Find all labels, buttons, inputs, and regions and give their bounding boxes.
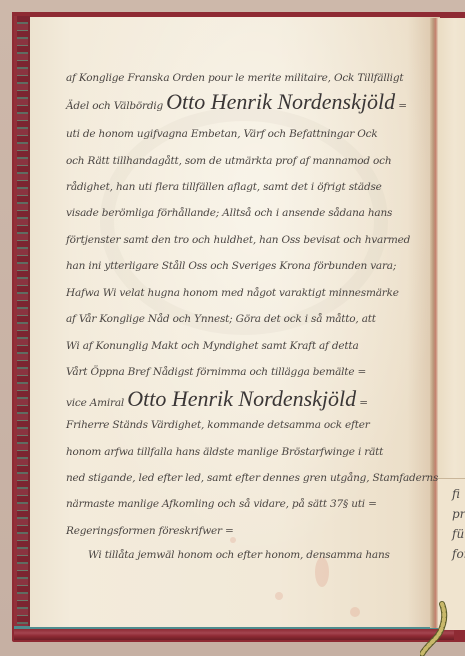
manuscript-line: förtjenster samt den tro och huldhet, ha…	[66, 234, 410, 246]
manuscript-line: Wi tillåta jemwäl honom och efter honom,…	[88, 549, 390, 561]
manuscript-line: af Vår Konglige Nåd och Ynnest; Göra det…	[66, 313, 376, 325]
manuscript-line: han ini ytterligare Ståll Oss och Sverig…	[66, 260, 396, 272]
manuscript-line: visade berömliga förhållande; Alltså och…	[66, 207, 392, 219]
manuscript-line-name: vice Amiral Otto Henrik Nordenskjöld =	[66, 386, 368, 412]
manuscript-line: och Rätt tillhandagått, som de utmärkta …	[66, 155, 391, 167]
manuscript-line: honom arfwa tillfalla hans äldste manlig…	[66, 446, 383, 458]
person-name: Otto Henrik Nordenskjöld	[127, 386, 356, 411]
cover-bottom-tooled-border	[14, 626, 454, 640]
foxing-stain	[350, 607, 360, 617]
line-filler: =	[359, 397, 368, 409]
manuscript-line: Hafwa Wi velat hugna honom med något var…	[66, 287, 399, 299]
paper-watermark	[100, 107, 388, 335]
manuscript-line: rådighet, han uti flera tillfällen aflag…	[66, 181, 382, 193]
line-filler: =	[398, 100, 407, 112]
page-gutter	[430, 18, 438, 628]
cover-left-tooled-border	[14, 16, 30, 638]
foxing-stain	[315, 557, 329, 587]
manuscript-line: Regeringsformen föreskrifwer =	[66, 525, 234, 537]
foxing-stain	[230, 537, 236, 543]
rank-title: vice Amiral	[66, 397, 124, 409]
adjacent-page-fragment: fü	[452, 524, 464, 544]
manuscript-line-name: Ädel och Välbördig Otto Henrik Nordenskj…	[66, 89, 407, 115]
adjacent-page-fragment: fi	[452, 484, 460, 504]
foxing-stain	[275, 592, 283, 600]
manuscript-line: Friherre Ständs Värdighet, kommande dets…	[66, 419, 370, 431]
honorific: Ädel och Välbördig	[66, 100, 163, 112]
manuscript-line: närmaste manlige Afkomling och så vidare…	[66, 498, 377, 510]
manuscript-line: ned stigande, led efter led, samt efter …	[66, 472, 438, 484]
manuscript-line: Wi af Konunglig Makt och Myndighet samt …	[66, 340, 359, 352]
adjacent-page-fragment: pr	[452, 504, 465, 524]
manuscript-line: af Konglige Franska Orden pour le merite…	[66, 72, 403, 84]
person-name: Otto Henrik Nordenskjöld	[166, 89, 395, 114]
document-viewer: fi pr fü for af Konglige Franska Orden p…	[0, 0, 465, 656]
adjacent-page-fragment: for	[452, 544, 465, 564]
manuscript-line: uti de honom ugifvagna Embetan, Värf och…	[66, 128, 378, 140]
manuscript-line: Vårt Öppna Bref Nådigst förnimma och til…	[66, 366, 366, 378]
